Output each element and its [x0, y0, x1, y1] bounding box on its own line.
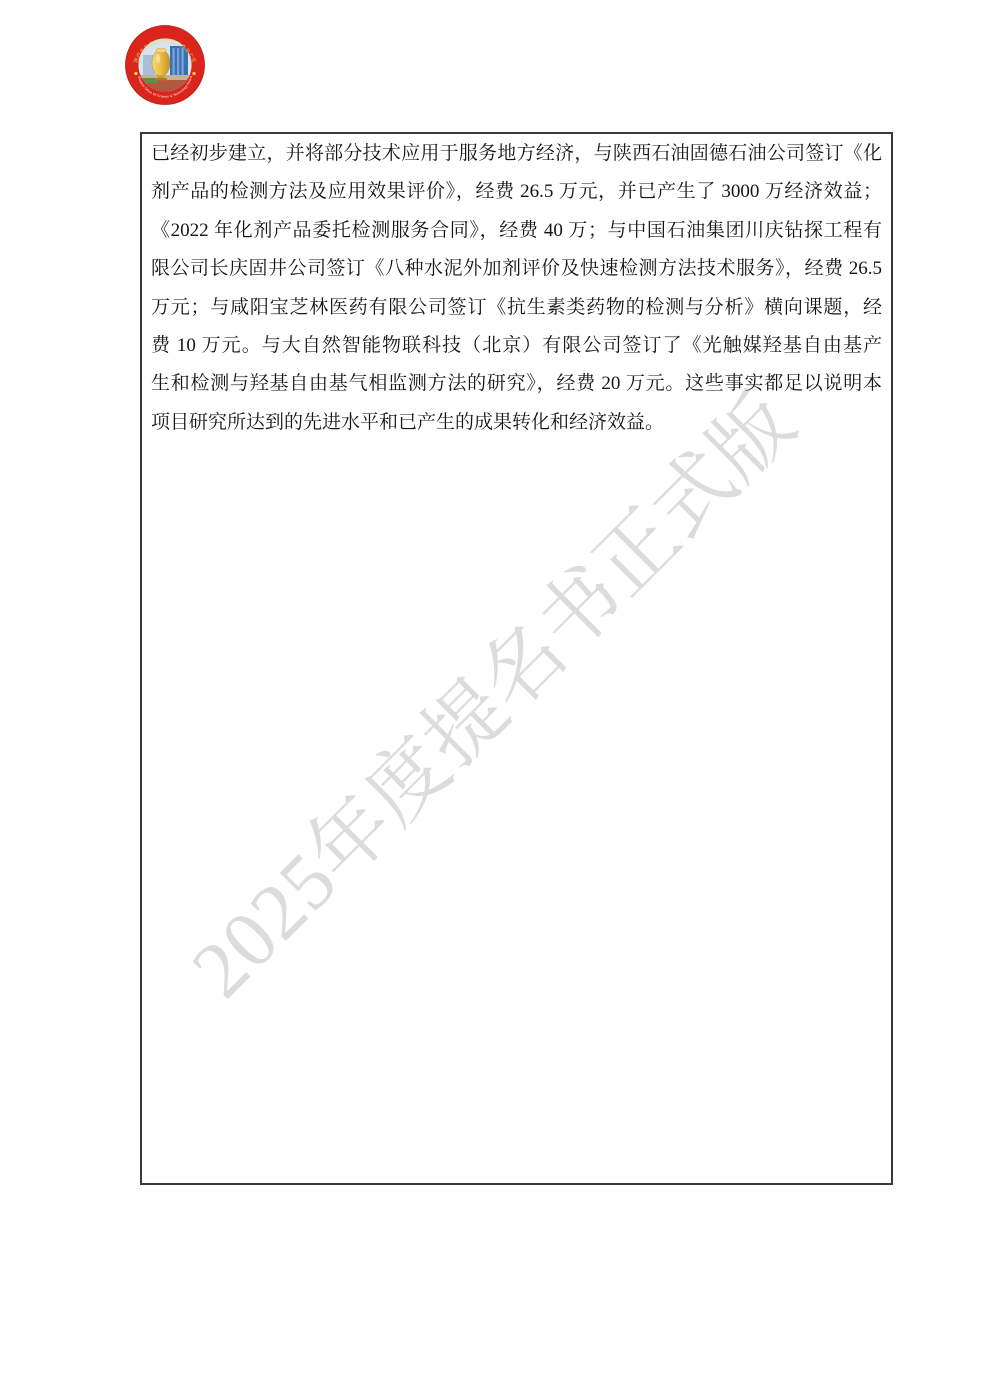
paragraph-line: 项目研究所达到的先进水平和已产生的成果转化和经济效益。 — [151, 404, 882, 442]
paragraph-line: 生和检测与羟基自由基气相监测方法的研究》，经费 20 万元。这些事实都足以说明本 — [151, 365, 882, 403]
paragraph-line: 已经初步建立，并将部分技术应用于服务地方经济，与陕西石油固德石油公司签订《化 — [151, 135, 882, 173]
paragraph-line: 《2022 年化剂产品委托检测服务合同》，经费 40 万；与中国石油集团川庆钻探… — [151, 212, 882, 250]
document-page: 陕西省科学技术奖励工作办公室 Shaanxi Office Of Science… — [0, 0, 990, 1399]
paragraph-line: 万元；与咸阳宝芝林医药有限公司签订《抗生素类药物的检测与分析》横向课题，经 — [151, 289, 882, 327]
paragraph-line: 限公司长庆固井公司签订《八种水泥外加剂评价及快速检测方法技术服务》，经费 26.… — [151, 250, 882, 288]
award-office-seal-icon: 陕西省科学技术奖励工作办公室 Shaanxi Office Of Science… — [125, 25, 205, 105]
seal-star-right — [192, 72, 195, 75]
paragraph-line: 费 10 万元。与大自然智能物联科技（北京）有限公司签订了《光触媒羟基自由基产 — [151, 327, 882, 365]
seal-star-left — [134, 72, 137, 75]
paragraph: 已经初步建立，并将部分技术应用于服务地方经济，与陕西石油固德石油公司签订《化 剂… — [142, 134, 891, 442]
form-text-cell: 已经初步建立，并将部分技术应用于服务地方经济，与陕西石油固德石油公司签订《化 剂… — [140, 132, 893, 1185]
paragraph-line: 剂产品的检测方法及应用效果评价》，经费 26.5 万元，并已产生了 3000 万… — [151, 173, 882, 211]
